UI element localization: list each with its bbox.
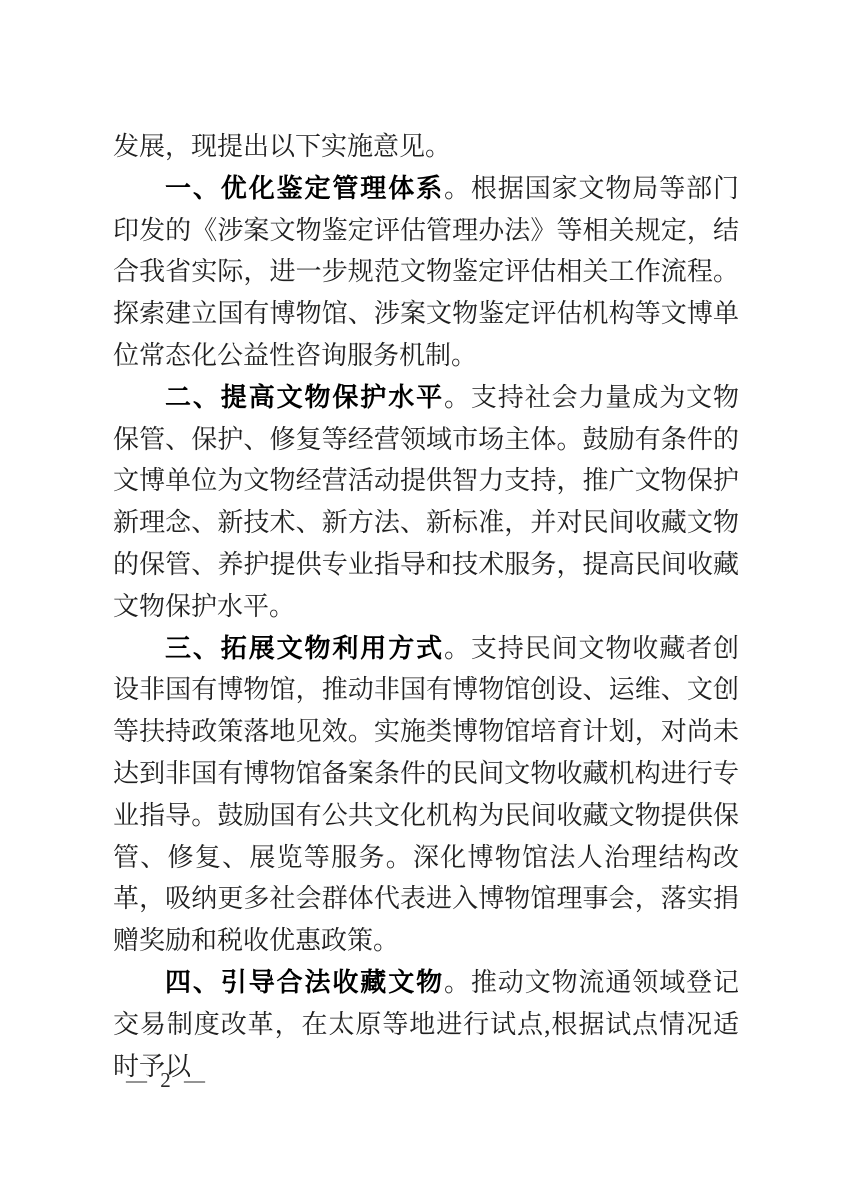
section-3-text: 。支持民间文物收藏者创设非国有博物馆，推动非国有博物馆创设、运维、文创等扶持政策…: [113, 634, 739, 956]
section-1-heading: 一、优化鉴定管理体系: [165, 173, 444, 203]
document-page: 发展，现提出以下实施意见。 一、优化鉴定管理体系。根据国家文物局等部门印发的《涉…: [0, 0, 850, 1202]
section-2-paragraph: 二、提高文物保护水平。支持社会力量成为文物保管、保护、修复等经营领域市场主体。鼓…: [113, 377, 739, 628]
document-body: 发展，现提出以下实施意见。 一、优化鉴定管理体系。根据国家文物局等部门印发的《涉…: [113, 126, 739, 1087]
section-1-text: 。根据国家文物局等部门印发的《涉案文物鉴定评估管理办法》等相关规定，结合我省实际…: [113, 174, 739, 370]
section-2-heading: 二、提高文物保护水平: [165, 382, 444, 412]
section-3-heading: 三、拓展文物利用方式: [165, 633, 444, 663]
page-number: — 2 —: [126, 1068, 209, 1092]
paragraph-text: 发展，现提出以下实施意见。: [113, 132, 451, 161]
section-4-heading: 四、引导合法收藏文物: [165, 967, 444, 997]
page-footer: — 2 —: [126, 1068, 209, 1093]
section-1-paragraph: 一、优化鉴定管理体系。根据国家文物局等部门印发的《涉案文物鉴定评估管理办法》等相…: [113, 168, 739, 377]
section-3-paragraph: 三、拓展文物利用方式。支持民间文物收藏者创设非国有博物馆，推动非国有博物馆创设、…: [113, 628, 739, 962]
section-2-text: 。支持社会力量成为文物保管、保护、修复等经营领域市场主体。鼓励有条件的文博单位为…: [113, 383, 739, 621]
paragraph-continuation: 发展，现提出以下实施意见。: [113, 126, 739, 168]
